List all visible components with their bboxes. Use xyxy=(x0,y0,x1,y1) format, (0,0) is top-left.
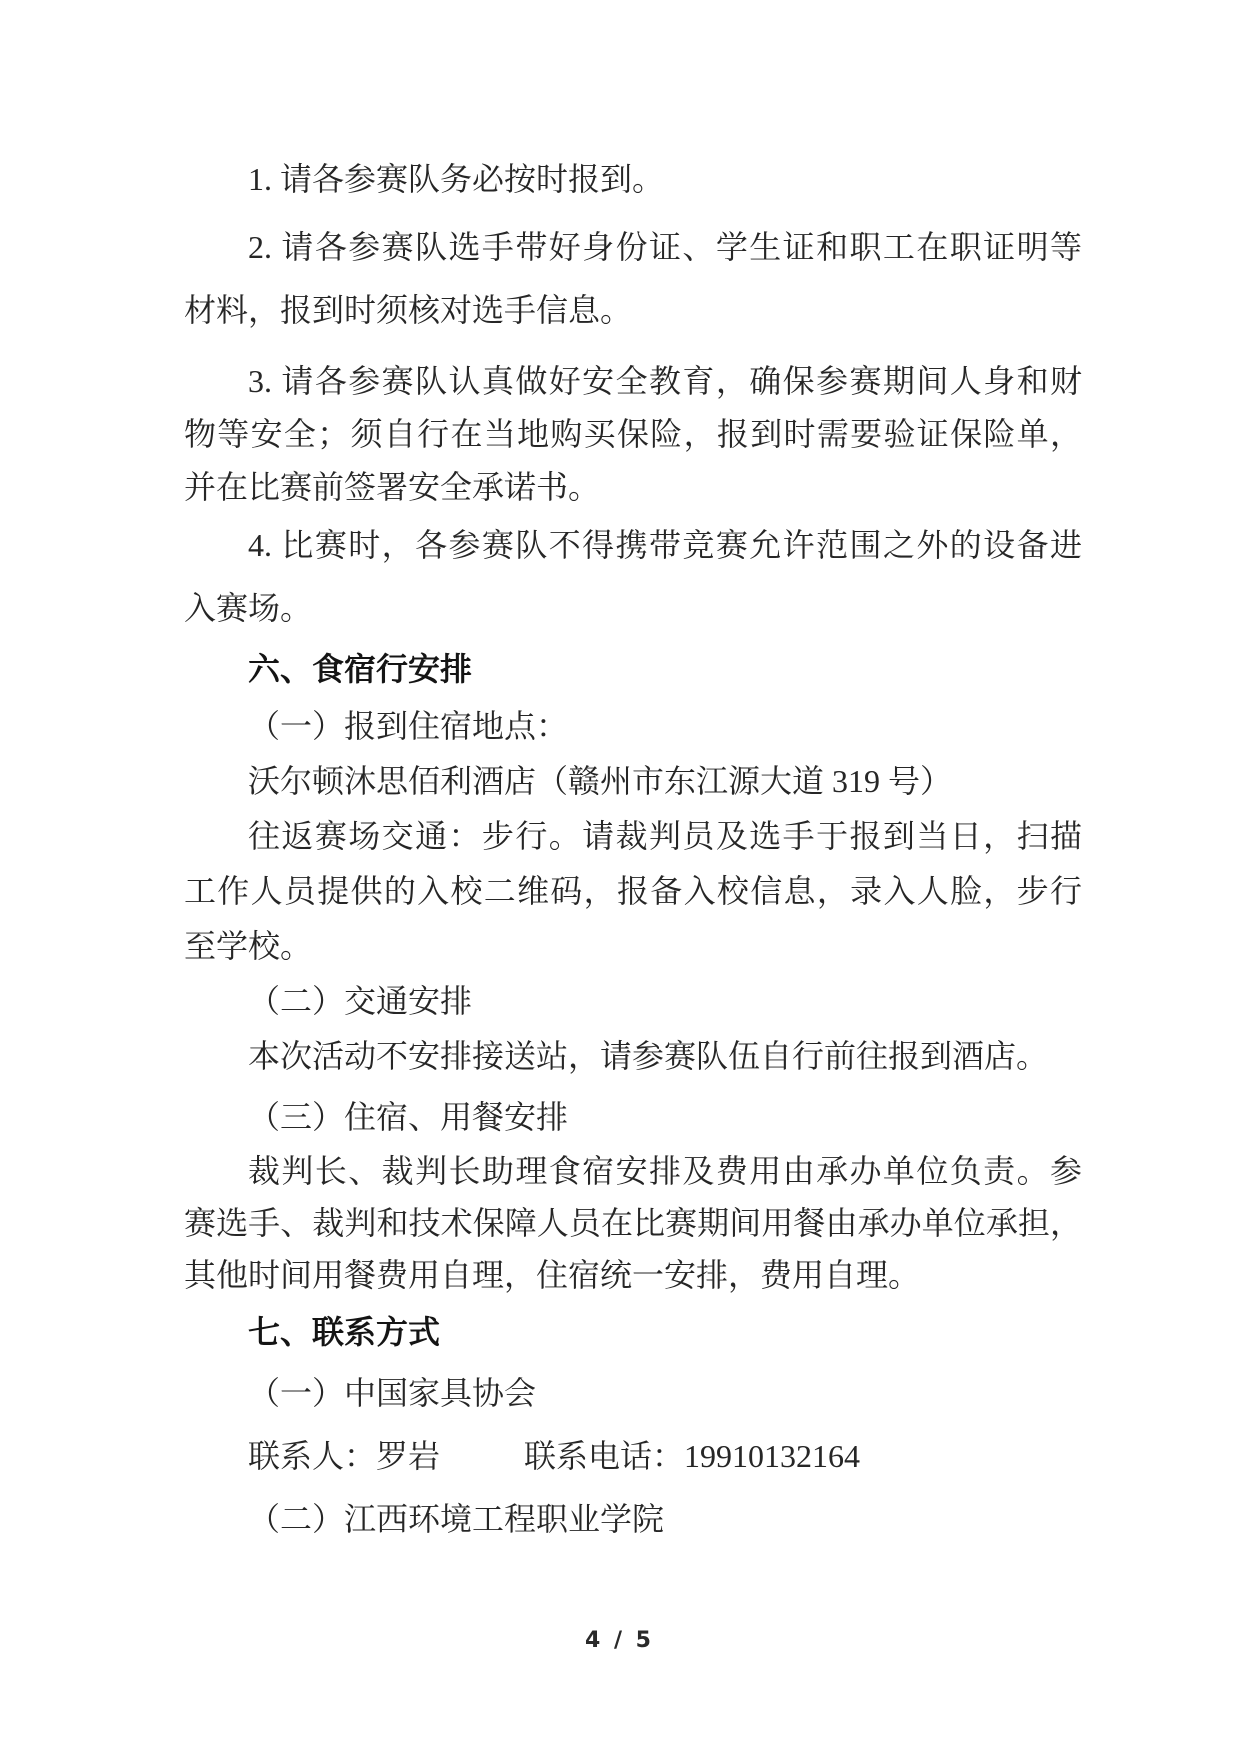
paragraph: （一）报到住宿地点： xyxy=(184,699,1082,754)
section-heading: 六、食宿行安排 xyxy=(184,642,1082,697)
paragraph: 本次活动不安排接送站，请参赛队伍自行前往报到酒店。 xyxy=(184,1029,1082,1084)
text-line: 物等安全；须自行在当地购买保险，报到时需要验证保险单， xyxy=(184,408,1082,461)
text-line: （一）报到住宿地点： xyxy=(184,699,1082,754)
document-page: 1. 请各参赛队务必按时报到。2. 请各参赛队选手带好身份证、学生证和职工在职证… xyxy=(0,0,1239,1752)
text-line: 六、食宿行安排 xyxy=(184,642,1082,697)
text-line: 本次活动不安排接送站，请参赛队伍自行前往报到酒店。 xyxy=(184,1029,1082,1084)
section-heading: 七、联系方式 xyxy=(184,1305,1082,1360)
paragraph: 裁判长、裁判长助理食宿安排及费用由承办单位负责。参赛选手、裁判和技术保障人员在比… xyxy=(184,1145,1082,1301)
text-line: 4. 比赛时，各参赛队不得携带竞赛允许范围之外的设备进 xyxy=(184,514,1082,577)
contact-person: 联系人：罗岩 xyxy=(248,1438,440,1474)
paragraph: （二）江西环境工程职业学院 xyxy=(184,1488,1082,1551)
paragraph: 沃尔顿沐思佰利酒店（赣州市东江源大道 319 号） xyxy=(184,754,1082,809)
paragraph: 联系人：罗岩联系电话：19910132164 xyxy=(184,1425,1082,1488)
text-line: 3. 请各参赛队认真做好安全教育，确保参赛期间人身和财 xyxy=(184,355,1082,408)
paragraph: 1. 请各参赛队务必按时报到。 xyxy=(184,148,1082,211)
text-line: 七、联系方式 xyxy=(184,1305,1082,1360)
paragraph: （一）中国家具协会 xyxy=(184,1362,1082,1425)
text-line: 入赛场。 xyxy=(184,577,1082,640)
paragraph: 往返赛场交通：步行。请裁判员及选手于报到当日，扫描工作人员提供的入校二维码，报备… xyxy=(184,809,1082,974)
text-line: 并在比赛前签署安全承诺书。 xyxy=(184,461,1082,514)
paragraph: 2. 请各参赛队选手带好身份证、学生证和职工在职证明等材料，报到时须核对选手信息… xyxy=(184,216,1082,342)
text-line: （一）中国家具协会 xyxy=(184,1362,1082,1425)
text-line: （二）交通安排 xyxy=(184,974,1082,1029)
paragraph: 4. 比赛时，各参赛队不得携带竞赛允许范围之外的设备进入赛场。 xyxy=(184,514,1082,640)
paragraph: （三）住宿、用餐安排 xyxy=(184,1090,1082,1145)
document-body: 1. 请各参赛队务必按时报到。2. 请各参赛队选手带好身份证、学生证和职工在职证… xyxy=(184,148,1082,1551)
paragraph: （二）交通安排 xyxy=(184,974,1082,1029)
text-line: 其他时间用餐费用自理，住宿统一安排，费用自理。 xyxy=(184,1249,1082,1301)
text-line: 往返赛场交通：步行。请裁判员及选手于报到当日，扫描 xyxy=(184,809,1082,864)
text-line: （二）江西环境工程职业学院 xyxy=(184,1488,1082,1551)
text-line: （三）住宿、用餐安排 xyxy=(184,1090,1082,1145)
text-line: 沃尔顿沐思佰利酒店（赣州市东江源大道 319 号） xyxy=(184,754,1082,809)
text-line: 赛选手、裁判和技术保障人员在比赛期间用餐由承办单位承担， xyxy=(184,1197,1082,1249)
page-number: 4 / 5 xyxy=(0,1628,1239,1653)
text-line: 裁判长、裁判长助理食宿安排及费用由承办单位负责。参 xyxy=(184,1145,1082,1197)
text-line: 至学校。 xyxy=(184,919,1082,974)
text-line: 工作人员提供的入校二维码，报备入校信息，录入人脸，步行 xyxy=(184,864,1082,919)
contact-phone: 联系电话：19910132164 xyxy=(524,1438,860,1474)
text-line: 材料，报到时须核对选手信息。 xyxy=(184,279,1082,342)
paragraph: 3. 请各参赛队认真做好安全教育，确保参赛期间人身和财物等安全；须自行在当地购买… xyxy=(184,355,1082,514)
text-line: 2. 请各参赛队选手带好身份证、学生证和职工在职证明等 xyxy=(184,216,1082,279)
text-line: 1. 请各参赛队务必按时报到。 xyxy=(184,148,1082,211)
